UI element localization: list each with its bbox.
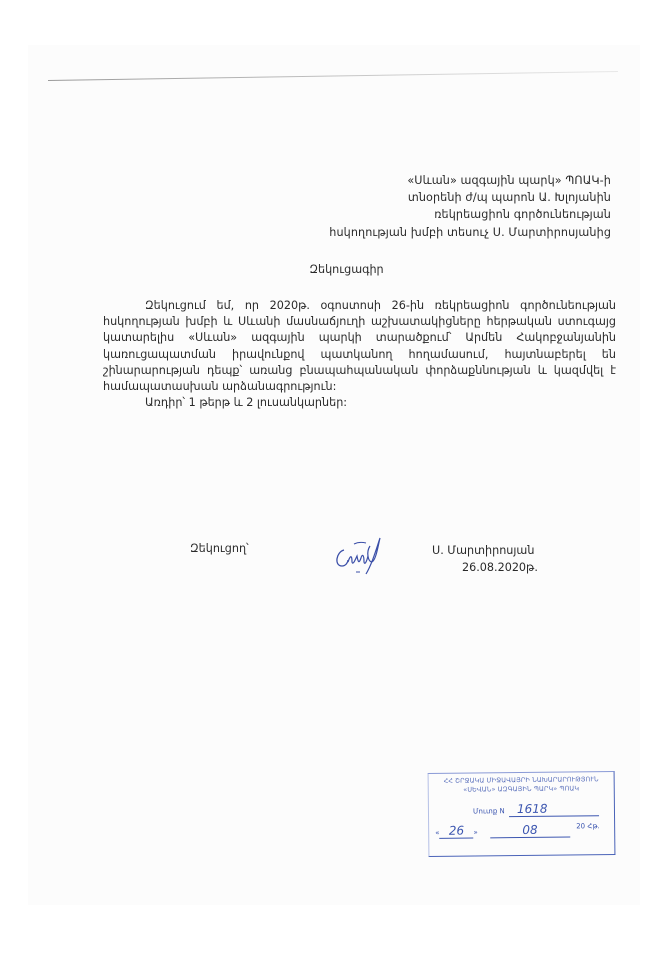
addressee-line: «Սևան» ազգային պարկ» ՊՈԱԿ-ի	[329, 172, 611, 189]
signature-date: 26.08.2020թ.	[432, 559, 538, 576]
stamp-day: 26	[439, 824, 473, 839]
stamp-reg-label: Մուտք N	[473, 807, 505, 815]
signature-block: Զեկուցող՝ Ս. Մարտիրոսյան 26.08.2020թ.	[190, 540, 590, 600]
addressee-block: «Սևան» ազգային պարկ» ՊՈԱԿ-ի տնօրենի ժ/պ …	[329, 172, 611, 241]
addressee-line: ռեկրեացիոն գործունեության	[329, 206, 611, 223]
stamp-month: 08	[490, 822, 570, 838]
body-paragraph: Զեկուցում եմ, որ 2020թ. օգոստոսի 26-ին ռ…	[103, 298, 616, 395]
handwritten-signature-icon	[330, 532, 390, 582]
signer-info: Ս. Մարտիրոսյան 26.08.2020թ.	[432, 542, 538, 576]
stamp-header: ՀՀ ՇՐՋԱԿԱ ՄԻՋԱՎԱՅՐԻ ՆԱԽԱՐԱՐՈՒԹՅՈՒՆ «ՍԵՎԱ…	[429, 775, 614, 795]
stamp-date: «26» 08 20 Հթ.	[435, 822, 600, 839]
document-body: Զեկուցում եմ, որ 2020թ. օգոստոսի 26-ին ռ…	[103, 298, 616, 411]
registration-stamp: ՀՀ ՇՐՋԱԿԱ ՄԻՋԱՎԱՅՐԻ ՆԱԽԱՐԱՐՈՒԹՅՈՒՆ «ՍԵՎԱ…	[428, 771, 616, 857]
signer-name: Ս. Մարտիրոսյան	[432, 544, 534, 557]
attachment-note: Առդիր՝ 1 թերթ և 2 լուսանկարներ:	[103, 395, 616, 411]
stamp-registration: Մուտք N 1618	[473, 801, 599, 817]
document-title: Զեկուցագիր	[0, 263, 667, 276]
addressee-line: հսկողության խմբի տեսուչ Ս. Մարտիրոսյանից	[329, 224, 611, 241]
reporter-label: Զեկուցող՝	[190, 542, 249, 555]
stamp-year: 20 Հթ.	[576, 822, 600, 830]
addressee-line: տնօրենի ժ/պ պարոն Ա. Խլոյանին	[329, 189, 611, 206]
stamp-reg-number: 1618	[509, 801, 599, 817]
